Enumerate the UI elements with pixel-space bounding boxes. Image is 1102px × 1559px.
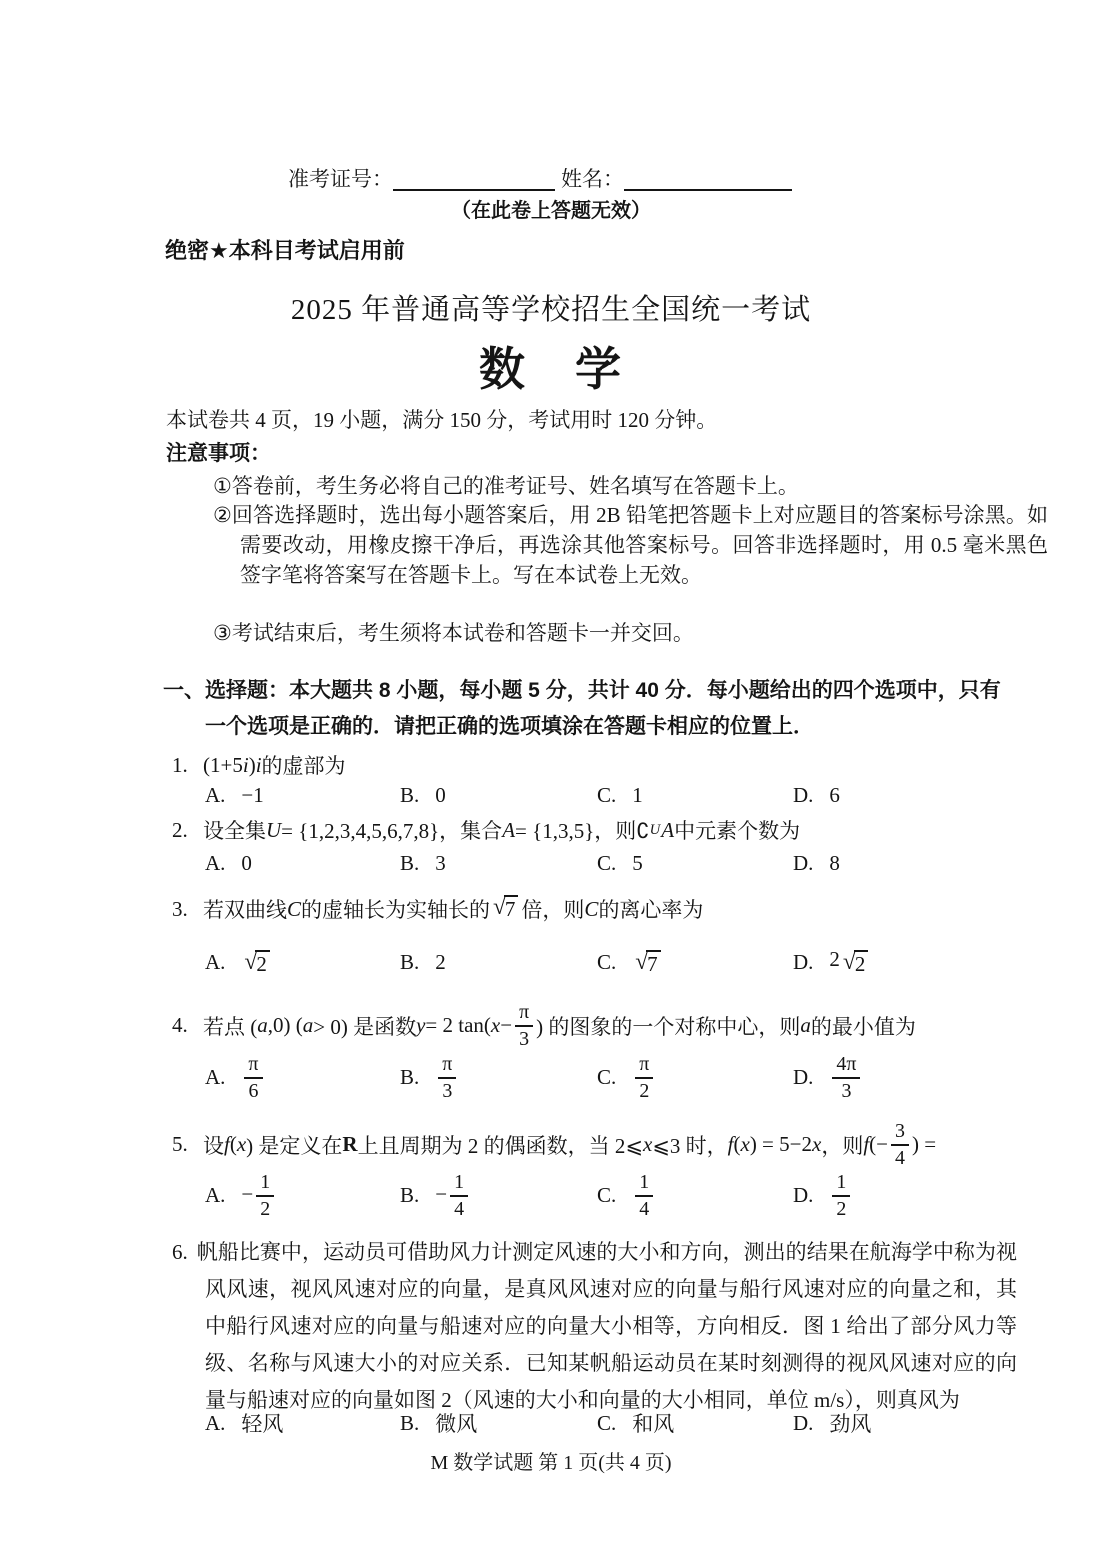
question-4-options: A.π6B.π3C.π2D.4π3 — [205, 1054, 1090, 1102]
question-5: 5. 设 f(x) 是定义在 R 上且周期为 2 的偶函数，当 2⩽x⩽3 时，… — [172, 1121, 936, 1169]
option-value: 微风 — [435, 1408, 477, 1438]
question-4-text: 若点 (a,0) (a > 0) 是函数 y = 2 tan(x − π3) 的… — [203, 1002, 916, 1050]
question-6: 6.帆船比赛中，运动员可借助风力计测定风速的大小和方向，测出的结果在航海学中称为… — [172, 1234, 1017, 1419]
question-5-options: A.−12B.−14C.14D.12 — [205, 1172, 1090, 1220]
notice-item-1: ①答卷前，考生务必将自己的准考证号、姓名填写在答题卡上。 — [213, 470, 1021, 500]
candidate-id-row: 准考证号：姓名： — [288, 163, 792, 193]
question-2-number: 2. — [172, 818, 203, 843]
option-value: 轻风 — [241, 1408, 283, 1438]
question-1-options: A.−1B.0C.1D.6 — [205, 783, 1090, 808]
option-d: D.6 — [793, 783, 1090, 808]
option-label: D. — [793, 950, 813, 975]
math-var: A — [661, 818, 674, 843]
notice-item-2: ②回答选择题时，选出每小题答案后，用 2B 铅笔把答题卡上对应题目的答案标号涂黑… — [213, 500, 1048, 590]
option-value: 4π3 — [829, 1054, 863, 1102]
option-label: C. — [597, 1411, 616, 1436]
math-sqrt: √7 — [635, 950, 660, 977]
question-2-text: 设全集 U = {1,2,3,4,5,6,7,8}，集合 A = {1,3,5}… — [203, 815, 800, 845]
option-d: D.12 — [793, 1172, 1090, 1220]
option-b: B.0 — [400, 783, 597, 808]
subject-title: 数 学 — [0, 333, 1102, 399]
math-var: f — [224, 1132, 230, 1157]
option-label: C. — [597, 1183, 616, 1208]
option-d: D.8 — [793, 851, 1090, 876]
option-c: C.1 — [597, 783, 793, 808]
secrecy-notice: 绝密★本科目考试启用前 — [165, 234, 405, 265]
option-value: 12 — [829, 1172, 853, 1220]
math-var: x — [491, 1013, 500, 1038]
math-sqrt: √7 — [493, 895, 518, 922]
option-a: A.轻风 — [205, 1408, 400, 1438]
option-value: 2√2 — [829, 947, 871, 977]
option-a: A.−12 — [205, 1172, 400, 1220]
option-c: C.√7 — [597, 947, 793, 977]
option-label: B. — [400, 1411, 419, 1436]
math-var: i — [256, 753, 262, 778]
math-fraction: π3 — [438, 1054, 456, 1102]
option-label: B. — [400, 950, 419, 975]
option-value: 8 — [829, 851, 840, 876]
option-value: 0 — [241, 851, 252, 876]
exam-number-label: 准考证号： — [288, 167, 393, 191]
math-var: C — [287, 897, 301, 922]
option-label: B. — [400, 1183, 419, 1208]
option-b: B.π3 — [400, 1054, 597, 1102]
option-value: √7 — [632, 947, 663, 977]
option-c: C.π2 — [597, 1054, 793, 1102]
option-value: 和风 — [632, 1408, 674, 1438]
option-label: B. — [400, 851, 419, 876]
notice-heading: 注意事项： — [166, 437, 271, 467]
question-4-number: 4. — [172, 1013, 203, 1038]
option-value: 0 — [435, 783, 446, 808]
option-value: 2 — [435, 950, 446, 975]
question-2: 2. 设全集 U = {1,2,3,4,5,6,7,8}，集合 A = {1,3… — [172, 815, 800, 845]
math-fraction: 12 — [256, 1172, 274, 1220]
option-a: A.0 — [205, 851, 400, 876]
math-subscript: U — [650, 822, 661, 839]
option-label: D. — [793, 1411, 813, 1436]
option-value: π2 — [632, 1054, 656, 1102]
option-value: 1 — [632, 783, 643, 808]
question-6-text: 帆船比赛中，运动员可借助风力计测定风速的大小和方向，测出的结果在航海学中称为视风… — [197, 1240, 1017, 1412]
option-label: D. — [793, 783, 813, 808]
option-value: −14 — [435, 1172, 471, 1220]
question-1-text: (1+5i)i 的虚部为 — [203, 750, 346, 780]
option-d: D.4π3 — [793, 1054, 1090, 1102]
option-a: A.−1 — [205, 783, 400, 808]
question-5-number: 5. — [172, 1132, 203, 1157]
math-var: C — [584, 897, 598, 922]
option-c: C.和风 — [597, 1408, 793, 1438]
option-label: D. — [793, 1183, 813, 1208]
math-sqrt: √2 — [843, 950, 868, 977]
option-label: C. — [597, 950, 616, 975]
option-value: 3 — [435, 851, 446, 876]
option-d: D.劲风 — [793, 1408, 1090, 1438]
option-label: A. — [205, 950, 225, 975]
option-b: B.2 — [400, 950, 597, 975]
option-label: D. — [793, 1065, 813, 1090]
option-label: A. — [205, 1065, 225, 1090]
section-1-heading-line-2: 一个选项是正确的．请把正确的选项填涂在答题卡相应的位置上． — [205, 710, 814, 740]
question-1-number: 1. — [172, 753, 203, 778]
math-fraction: 34 — [891, 1121, 909, 1169]
option-d: D.2√2 — [793, 947, 1090, 977]
option-b: B.微风 — [400, 1408, 597, 1438]
answer-invalid-note: （在此卷上答题无效） — [0, 194, 1102, 223]
option-value: −12 — [241, 1172, 277, 1220]
option-value: π3 — [435, 1054, 459, 1102]
math-var: a — [303, 1013, 314, 1038]
question-1: 1. (1+5i)i 的虚部为 — [172, 750, 346, 780]
section-1-heading-line-1: 一、选择题：本大题共 8 小题，每小题 5 分，共计 40 分．每小题给出的四个… — [163, 674, 1001, 704]
option-value: π6 — [241, 1054, 265, 1102]
math-fraction: 14 — [635, 1172, 653, 1220]
question-6-number: 6. — [172, 1240, 188, 1264]
math-fraction: π3 — [515, 1002, 533, 1050]
math-var: f — [728, 1132, 734, 1157]
option-value: −1 — [241, 783, 263, 808]
option-value: 6 — [829, 783, 840, 808]
option-c: C.14 — [597, 1172, 793, 1220]
option-a: A.√2 — [205, 947, 400, 977]
option-label: C. — [597, 1065, 616, 1090]
math-var: x — [237, 1132, 246, 1157]
math-fraction: 12 — [832, 1172, 850, 1220]
math-var: x — [643, 1132, 652, 1157]
option-label: B. — [400, 1065, 419, 1090]
question-4: 4. 若点 (a,0) (a > 0) 是函数 y = 2 tan(x − π3… — [172, 1002, 916, 1050]
paper-info-line: 本试卷共 4 页，19 小题，满分 150 分，考试用时 120 分钟。 — [166, 404, 717, 434]
math-sqrt: √2 — [244, 950, 269, 977]
option-value: 劲风 — [829, 1408, 871, 1438]
math-bold: R — [342, 1132, 357, 1157]
page-number-footer: M 数学试题 第 1 页(共 4 页) — [0, 1446, 1102, 1475]
math-var: f — [863, 1132, 869, 1157]
option-label: A. — [205, 851, 225, 876]
option-label: A. — [205, 1183, 225, 1208]
question-6-options: A.轻风B.微风C.和风D.劲风 — [205, 1408, 1090, 1438]
option-label: C. — [597, 783, 616, 808]
math-var: A — [502, 818, 515, 843]
question-3-options: A.√2B.2C.√7D.2√2 — [205, 947, 1090, 977]
option-b: B.−14 — [400, 1172, 597, 1220]
option-value: √2 — [241, 947, 272, 977]
math-var: a — [257, 1013, 268, 1038]
math-fraction: π6 — [244, 1054, 262, 1102]
name-label: 姓名： — [561, 167, 624, 191]
exam-title: 2025 年普通高等学校招生全国统一考试 — [0, 287, 1102, 328]
math-fraction: π2 — [635, 1054, 653, 1102]
question-3-number: 3. — [172, 897, 203, 922]
option-label: A. — [205, 1411, 225, 1436]
exam-number-blank — [393, 166, 555, 191]
notice-item-3: ③考试结束后，考生须将本试卷和答题卡一并交回。 — [213, 617, 1021, 647]
math-var: y — [416, 1013, 425, 1038]
option-label: A. — [205, 783, 225, 808]
math-var: x — [812, 1132, 821, 1157]
math-var: x — [740, 1132, 749, 1157]
option-value: 14 — [632, 1172, 656, 1220]
question-5-text: 设 f(x) 是定义在 R 上且周期为 2 的偶函数，当 2⩽x⩽3 时，f(x… — [203, 1121, 936, 1169]
question-3-text: 若双曲线 C 的虚轴长为实轴长的√7倍，则 C 的离心率为 — [203, 894, 703, 924]
question-3: 3. 若双曲线 C 的虚轴长为实轴长的√7倍，则 C 的离心率为 — [172, 894, 703, 924]
question-2-options: A.0B.3C.5D.8 — [205, 851, 1090, 876]
option-label: D. — [793, 851, 813, 876]
option-a: A.π6 — [205, 1054, 400, 1102]
math-var: a — [800, 1013, 811, 1038]
option-value: 5 — [632, 851, 643, 876]
math-fraction: 4π3 — [832, 1054, 860, 1102]
name-blank — [624, 166, 792, 191]
option-b: B.3 — [400, 851, 597, 876]
exam-paper-page: 准考证号：姓名： （在此卷上答题无效） 绝密★本科目考试启用前 2025 年普通… — [0, 0, 1102, 1559]
option-c: C.5 — [597, 851, 793, 876]
option-label: C. — [597, 851, 616, 876]
math-var: U — [266, 818, 281, 843]
math-fraction: 14 — [450, 1172, 468, 1220]
math-var: i — [243, 753, 249, 778]
option-label: B. — [400, 783, 419, 808]
